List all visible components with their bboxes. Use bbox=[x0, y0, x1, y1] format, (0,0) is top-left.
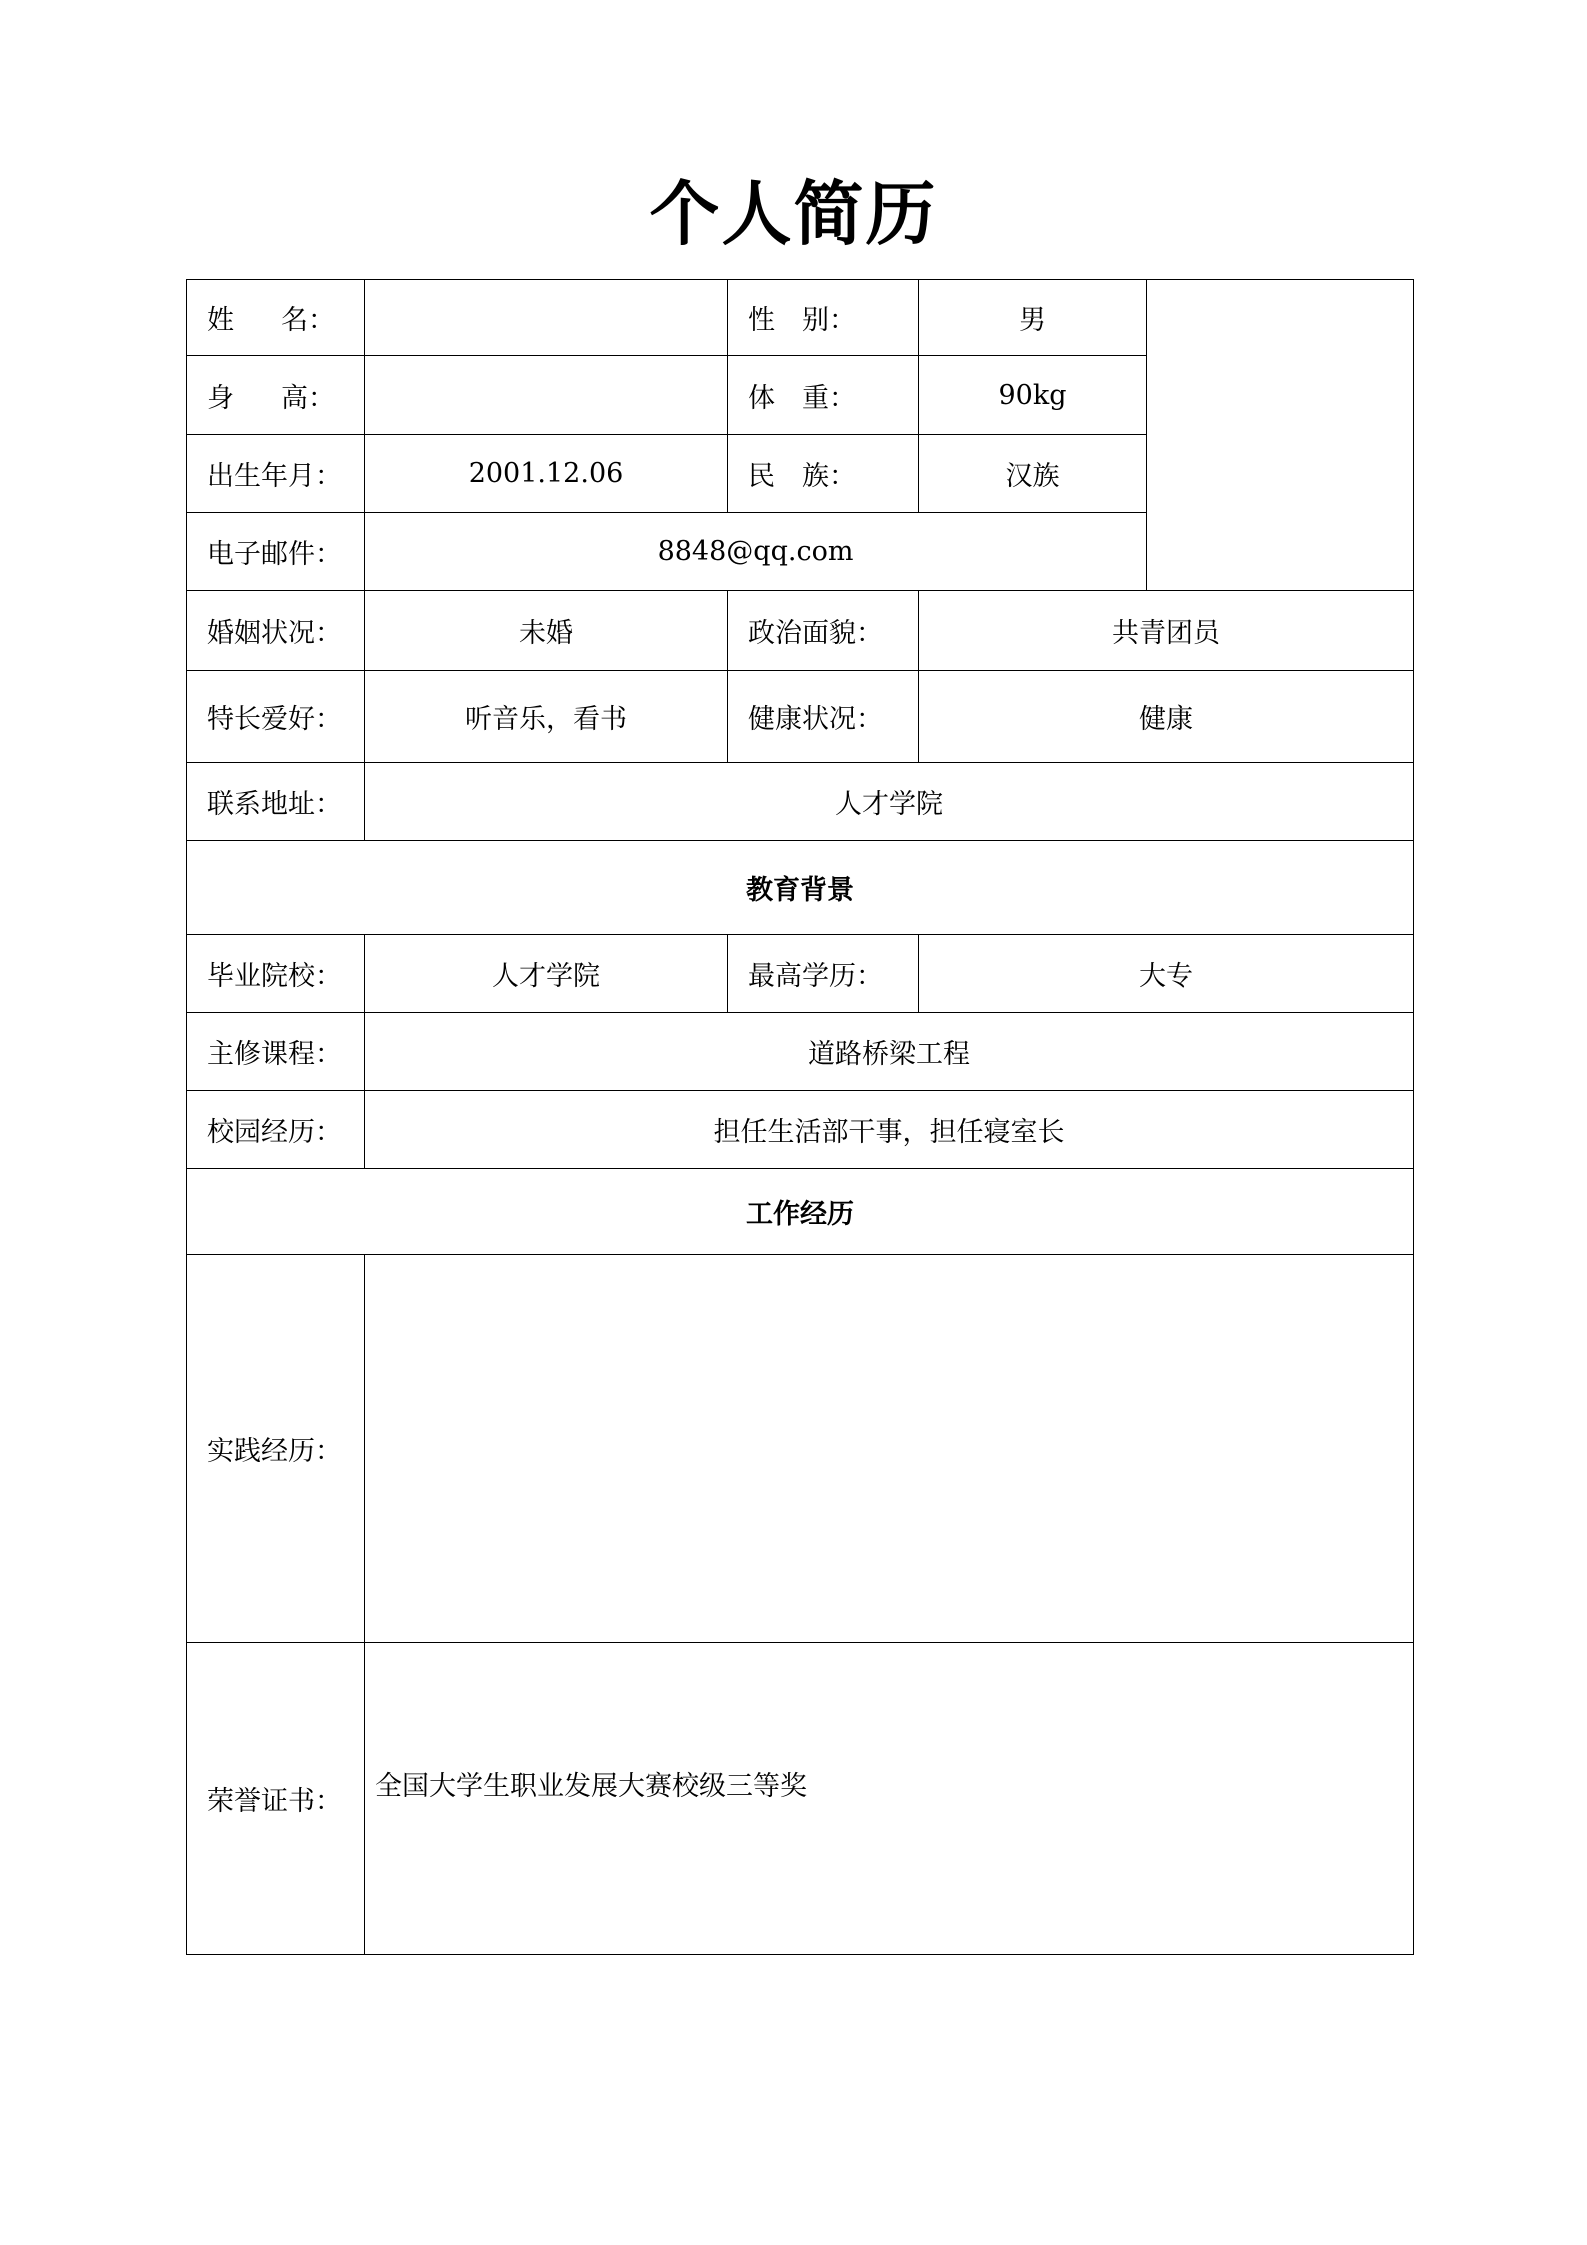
school-label: 毕业院校： bbox=[187, 935, 365, 1013]
marital-label: 婚姻状况： bbox=[187, 591, 365, 671]
birth-value[interactable]: 2001.12.06 bbox=[365, 435, 728, 513]
row-campus: 校园经历： 担任生活部干事，担任寝室长 bbox=[187, 1091, 1414, 1169]
email-label: 电子邮件： bbox=[187, 513, 365, 591]
birth-label: 出生年月： bbox=[187, 435, 365, 513]
education-section-title: 教育背景 bbox=[187, 841, 1414, 935]
major-label: 主修课程： bbox=[187, 1013, 365, 1091]
health-value[interactable]: 健康 bbox=[919, 671, 1414, 763]
resume-table: 姓名： 性别： 男 身高： 体重： 90kg 出生年月： 2001.12.06 … bbox=[186, 279, 1414, 1955]
political-label: 政治面貌： bbox=[728, 591, 919, 671]
row-work-header: 工作经历 bbox=[187, 1169, 1414, 1255]
row-major: 主修课程： 道路桥梁工程 bbox=[187, 1013, 1414, 1091]
ethnicity-label: 民族： bbox=[728, 435, 919, 513]
honors-label: 荣誉证书： bbox=[187, 1643, 365, 1955]
row-practice: 实践经历： bbox=[187, 1255, 1414, 1643]
photo-cell[interactable] bbox=[1147, 280, 1414, 591]
ethnicity-value[interactable]: 汉族 bbox=[919, 435, 1147, 513]
address-label: 联系地址： bbox=[187, 763, 365, 841]
gender-label: 性别： bbox=[728, 280, 919, 356]
row-honors: 荣誉证书： 全国大学生职业发展大赛校级三等奖 bbox=[187, 1643, 1414, 1955]
major-value[interactable]: 道路桥梁工程 bbox=[365, 1013, 1414, 1091]
degree-value[interactable]: 大专 bbox=[919, 935, 1414, 1013]
school-value[interactable]: 人才学院 bbox=[365, 935, 728, 1013]
political-value[interactable]: 共青团员 bbox=[919, 591, 1414, 671]
hobby-label: 特长爱好： bbox=[187, 671, 365, 763]
practice-label: 实践经历： bbox=[187, 1255, 365, 1643]
name-value[interactable] bbox=[365, 280, 728, 356]
email-value[interactable]: 8848@qq.com bbox=[365, 513, 1147, 591]
work-section-title: 工作经历 bbox=[187, 1169, 1414, 1255]
hobby-value[interactable]: 听音乐，看书 bbox=[365, 671, 728, 763]
row-address: 联系地址： 人才学院 bbox=[187, 763, 1414, 841]
weight-value[interactable]: 90kg bbox=[919, 356, 1147, 435]
gender-value[interactable]: 男 bbox=[919, 280, 1147, 356]
name-label: 姓名： bbox=[187, 280, 365, 356]
row-name: 姓名： 性别： 男 bbox=[187, 280, 1414, 356]
degree-label: 最高学历： bbox=[728, 935, 919, 1013]
honors-value[interactable]: 全国大学生职业发展大赛校级三等奖 bbox=[365, 1643, 1414, 1955]
practice-value[interactable] bbox=[365, 1255, 1414, 1643]
campus-value[interactable]: 担任生活部干事，担任寝室长 bbox=[365, 1091, 1414, 1169]
address-value[interactable]: 人才学院 bbox=[365, 763, 1414, 841]
weight-label: 体重： bbox=[728, 356, 919, 435]
row-hobby: 特长爱好： 听音乐，看书 健康状况： 健康 bbox=[187, 671, 1414, 763]
row-education-header: 教育背景 bbox=[187, 841, 1414, 935]
marital-value[interactable]: 未婚 bbox=[365, 591, 728, 671]
campus-label: 校园经历： bbox=[187, 1091, 365, 1169]
row-marital: 婚姻状况： 未婚 政治面貌： 共青团员 bbox=[187, 591, 1414, 671]
health-label: 健康状况： bbox=[728, 671, 919, 763]
row-school: 毕业院校： 人才学院 最高学历： 大专 bbox=[187, 935, 1414, 1013]
height-value[interactable] bbox=[365, 356, 728, 435]
height-label: 身高： bbox=[187, 356, 365, 435]
page-title: 个人简历 bbox=[0, 158, 1587, 259]
